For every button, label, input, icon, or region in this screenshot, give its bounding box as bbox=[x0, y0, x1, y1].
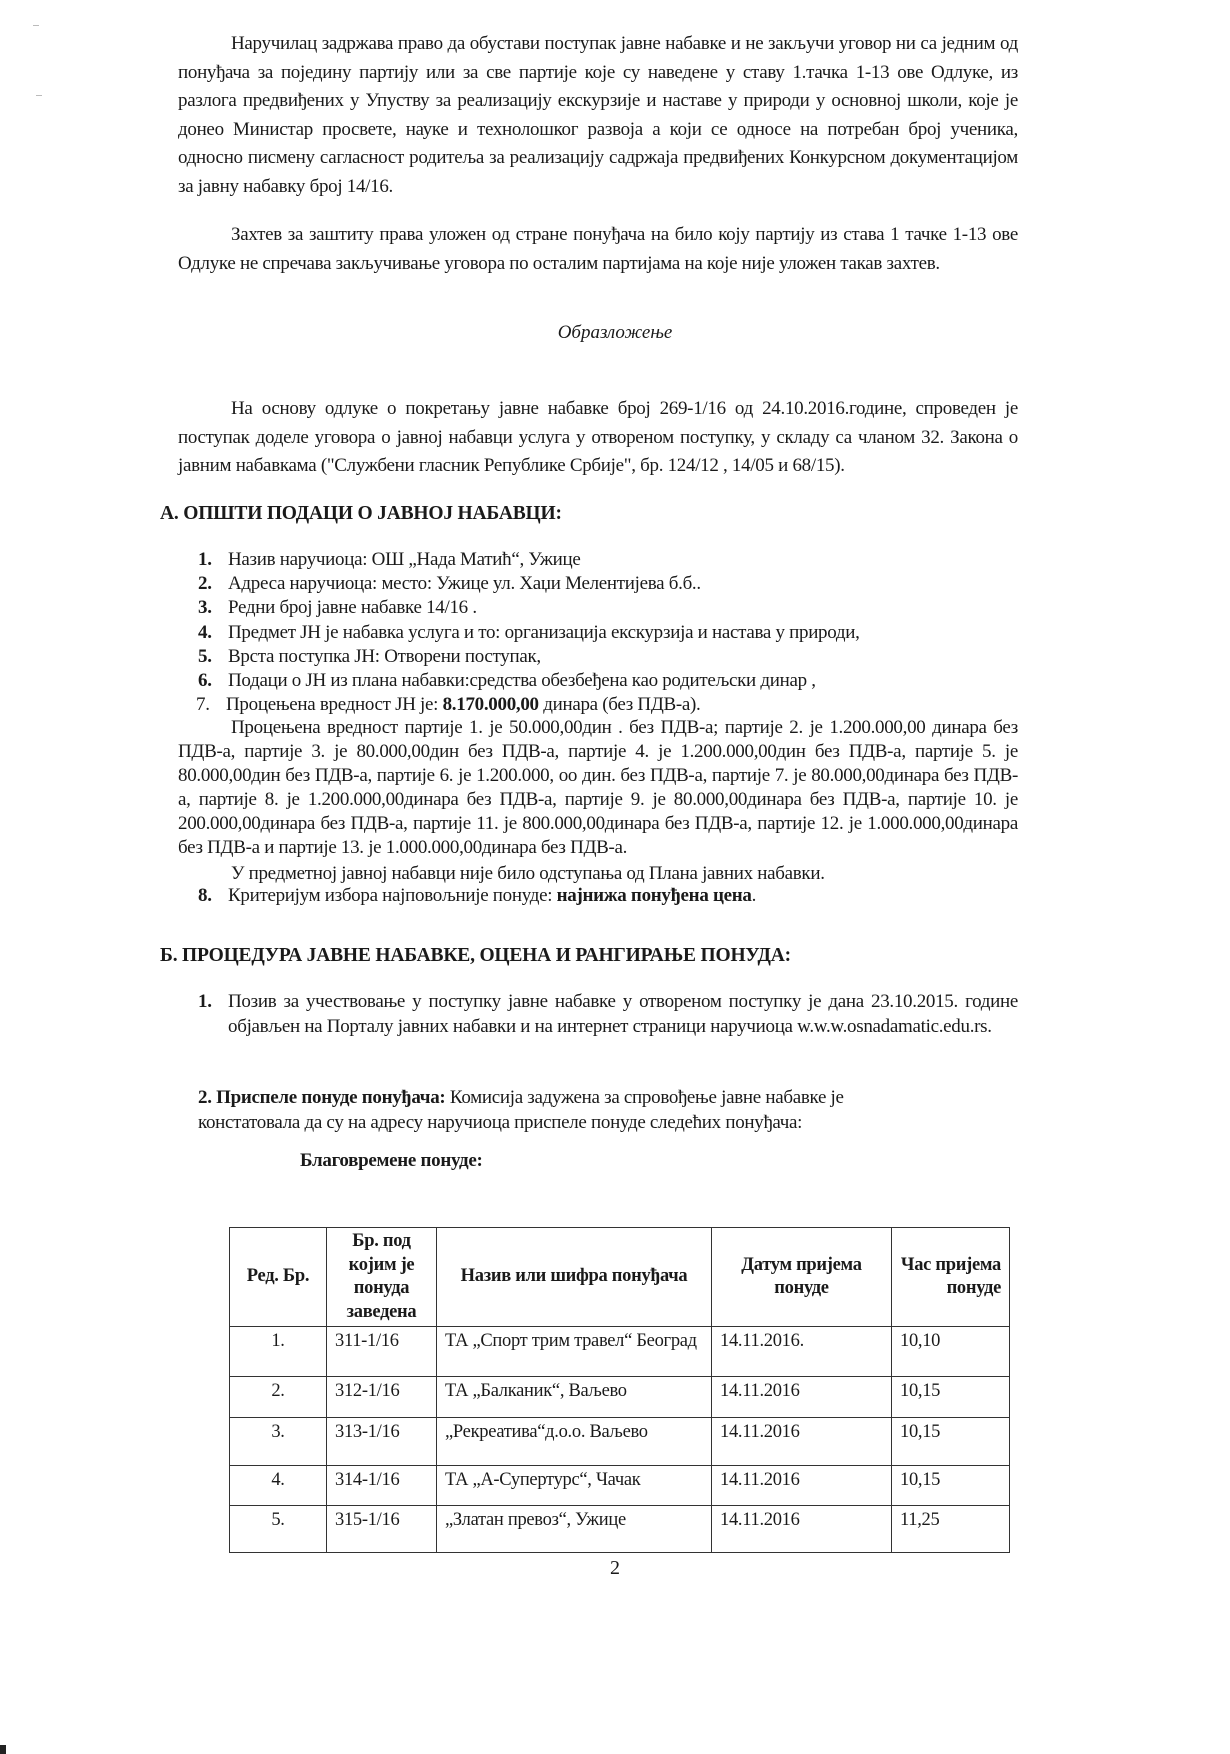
list-item-estimated-value: 7.Процењена вредност ЈН је: 8.170.000,00… bbox=[196, 693, 1018, 717]
explanation-title: Образложење bbox=[0, 322, 1230, 344]
page-number: 2 bbox=[0, 1557, 1230, 1580]
cell-time: 10,10 bbox=[892, 1327, 1010, 1377]
intro-paragraph-1: Наручилац задржава право да обустави пос… bbox=[178, 30, 1018, 201]
table-row: 1.311-1/16ТА „Спорт трим травел“ Београд… bbox=[230, 1327, 1010, 1377]
section-b-item-2: 2. Приспеле понуде понуђача: Комисија за… bbox=[198, 1086, 948, 1135]
timely-offers-label: Благовремене понуде: bbox=[300, 1150, 483, 1172]
estimated-value: 8.170.000,00 bbox=[443, 694, 539, 715]
table-row: 5.315-1/16„Златан превоз“, Ужице14.11.20… bbox=[230, 1506, 1010, 1553]
cell-no: 1. bbox=[230, 1327, 327, 1377]
list-item: 3.Редни број јавне набавке 14/16 . bbox=[198, 596, 1018, 620]
cell-reg-no: 314-1/16 bbox=[327, 1466, 437, 1506]
cell-time: 10,15 bbox=[892, 1377, 1010, 1418]
cell-reg-no: 312-1/16 bbox=[327, 1377, 437, 1418]
cell-bidder: „Рекреатива“д.о.о. Ваљево bbox=[437, 1418, 712, 1466]
cell-reg-no: 315-1/16 bbox=[327, 1506, 437, 1553]
cell-no: 2. bbox=[230, 1377, 327, 1418]
list-item: 4.Предмет ЈН је набавка услуга и то: орг… bbox=[198, 621, 1018, 645]
cell-date: 14.11.2016 bbox=[712, 1466, 892, 1506]
table-row: 3.313-1/16„Рекреатива“д.о.о. Ваљево14.11… bbox=[230, 1418, 1010, 1466]
list-item: 5.Врста поступка ЈН: Отворени поступак, bbox=[198, 645, 1018, 669]
cell-time: 10,15 bbox=[892, 1466, 1010, 1506]
explanation-paragraph: На основу одлуке о покретању јавне набав… bbox=[178, 395, 1018, 481]
col-header-time: Час пријема понуде bbox=[892, 1228, 1010, 1327]
intro-paragraph-2: Захтев за заштиту права уложен од стране… bbox=[178, 221, 1018, 278]
cell-no: 4. bbox=[230, 1466, 327, 1506]
cell-time: 11,25 bbox=[892, 1506, 1010, 1553]
table-row: 2.312-1/16ТА „Балканик“, Ваљево14.11.201… bbox=[230, 1377, 1010, 1418]
col-header-bidder: Назив или шифра понуђача bbox=[437, 1228, 712, 1327]
section-a-heading: А. ОПШТИ ПОДАЦИ О ЈАВНОЈ НАБАВЦИ: bbox=[160, 503, 562, 525]
section-b-item-1: 1. Позив за учествовање у поступку јавне… bbox=[198, 990, 1018, 1039]
cell-reg-no: 311-1/16 bbox=[327, 1327, 437, 1377]
offers-table: Ред. Бр. Бр. под којим је понуда заведен… bbox=[229, 1227, 1010, 1553]
document-page: Наручилац задржава право да обустави пос… bbox=[0, 0, 1230, 1754]
section-a-list: 1.Назив наручиоца: ОШ „Нада Матић“, Ужиц… bbox=[198, 548, 1018, 717]
deviation-note: У предметној јавној набавци није било од… bbox=[231, 862, 1011, 886]
list-item: 6.Подаци о ЈН из плана набавки:средства … bbox=[198, 669, 1018, 693]
section-a-list-cont: 8.Критеријум избора најповољније понуде:… bbox=[198, 884, 1018, 908]
table-row: 4.314-1/16ТА „А-Супертурс“, Чачак14.11.2… bbox=[230, 1466, 1010, 1506]
cell-bidder: ТА „А-Супертурс“, Чачак bbox=[437, 1466, 712, 1506]
col-header-reg-no: Бр. под којим је понуда заведена bbox=[327, 1228, 437, 1327]
cell-reg-no: 313-1/16 bbox=[327, 1418, 437, 1466]
cell-bidder: ТА „Спорт трим травел“ Београд bbox=[437, 1327, 712, 1377]
scan-mark bbox=[0, 1745, 6, 1754]
cell-date: 14.11.2016 bbox=[712, 1506, 892, 1553]
cell-bidder: ТА „Балканик“, Ваљево bbox=[437, 1377, 712, 1418]
cell-date: 14.11.2016. bbox=[712, 1327, 892, 1377]
section-b-heading: Б. ПРОЦЕДУРА ЈАВНЕ НАБАВКЕ, ОЦЕНА И РАНГ… bbox=[160, 945, 791, 967]
cell-time: 10,15 bbox=[892, 1418, 1010, 1466]
col-header-date: Датум пријема понуде bbox=[712, 1228, 892, 1327]
list-item: 2.Адреса наручиоца: место: Ужице ул. Хаџ… bbox=[198, 572, 1018, 596]
cell-date: 14.11.2016 bbox=[712, 1377, 892, 1418]
scan-mark bbox=[33, 25, 39, 26]
list-item-criterion: 8.Критеријум избора најповољније понуде:… bbox=[198, 884, 1018, 908]
col-header-no: Ред. Бр. bbox=[230, 1228, 327, 1327]
cell-no: 3. bbox=[230, 1418, 327, 1466]
table-header-row: Ред. Бр. Бр. под којим је понуда заведен… bbox=[230, 1228, 1010, 1327]
partitions-value-paragraph: Процењена вредност партије 1. је 50.000,… bbox=[178, 716, 1018, 860]
cell-bidder: „Златан превоз“, Ужице bbox=[437, 1506, 712, 1553]
list-item: 1.Назив наручиоца: ОШ „Нада Матић“, Ужиц… bbox=[198, 548, 1018, 572]
cell-date: 14.11.2016 bbox=[712, 1418, 892, 1466]
scan-mark bbox=[36, 95, 42, 96]
cell-no: 5. bbox=[230, 1506, 327, 1553]
criterion-value: најнижа понуђена цена bbox=[557, 885, 752, 906]
